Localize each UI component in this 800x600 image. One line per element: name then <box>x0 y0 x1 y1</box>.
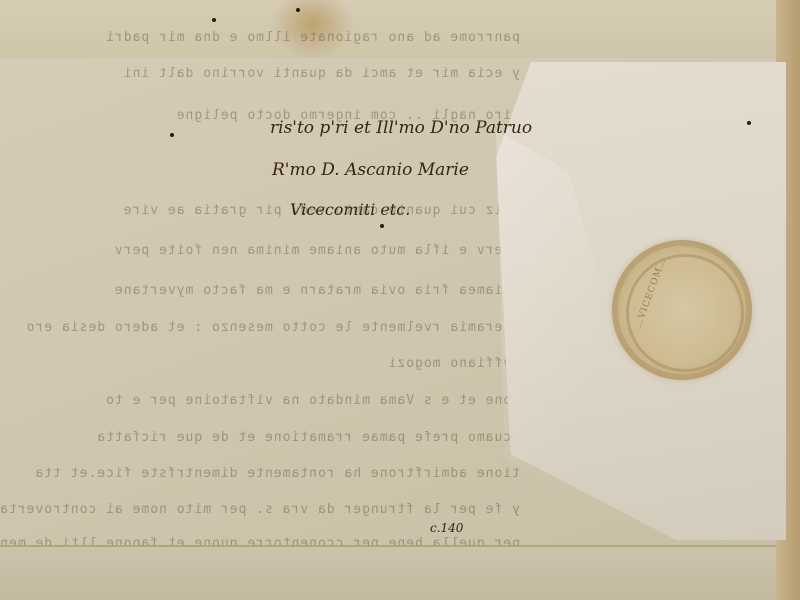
manuscript-photo: panrrome ad ano ragionate illmo e dna mi… <box>0 0 800 600</box>
folio-number: c.140 <box>430 521 463 535</box>
address-line-2: R'mo D. Ascanio Marie <box>272 160 469 180</box>
show-through-line: ryffiano mogozi <box>388 356 520 371</box>
ink-spot <box>747 121 751 125</box>
ink-spot <box>212 18 216 22</box>
ink-spot <box>296 8 300 12</box>
address-line-3: Vicecomiti etc. <box>290 200 410 219</box>
show-through-line: y fe per la ftrunger da vra s. per mito … <box>0 502 520 517</box>
show-through-line: aniamea fria ovia mratarn e ma facto myv… <box>114 283 520 298</box>
show-through-line: tione admirftrone ha rontamente dimentrf… <box>35 466 520 481</box>
show-through-line: none et e s Vama mindato na viftatoine p… <box>105 393 520 408</box>
show-through-line: panrrome ad ano ragionate illmo e dna mi… <box>105 30 520 45</box>
show-through-line: acuamo prefe pamae rramatione et de que … <box>96 430 520 445</box>
ink-spot <box>170 133 174 137</box>
bottom-fold-strip <box>0 545 780 600</box>
show-through-line: frerv e ifla muto aniame minima nen foit… <box>114 243 520 258</box>
show-through-line: aneramia rvelmente le cotto mesenzo : et… <box>26 320 520 335</box>
address-line-1: ris'to p'ri et Ill'mo D'no Patruo <box>270 118 532 138</box>
show-through-line: y ecia mir et amci da quanti vorrino dal… <box>123 66 520 81</box>
seal-icon: …VICECOM… <box>612 240 752 380</box>
ink-spot <box>380 224 384 228</box>
